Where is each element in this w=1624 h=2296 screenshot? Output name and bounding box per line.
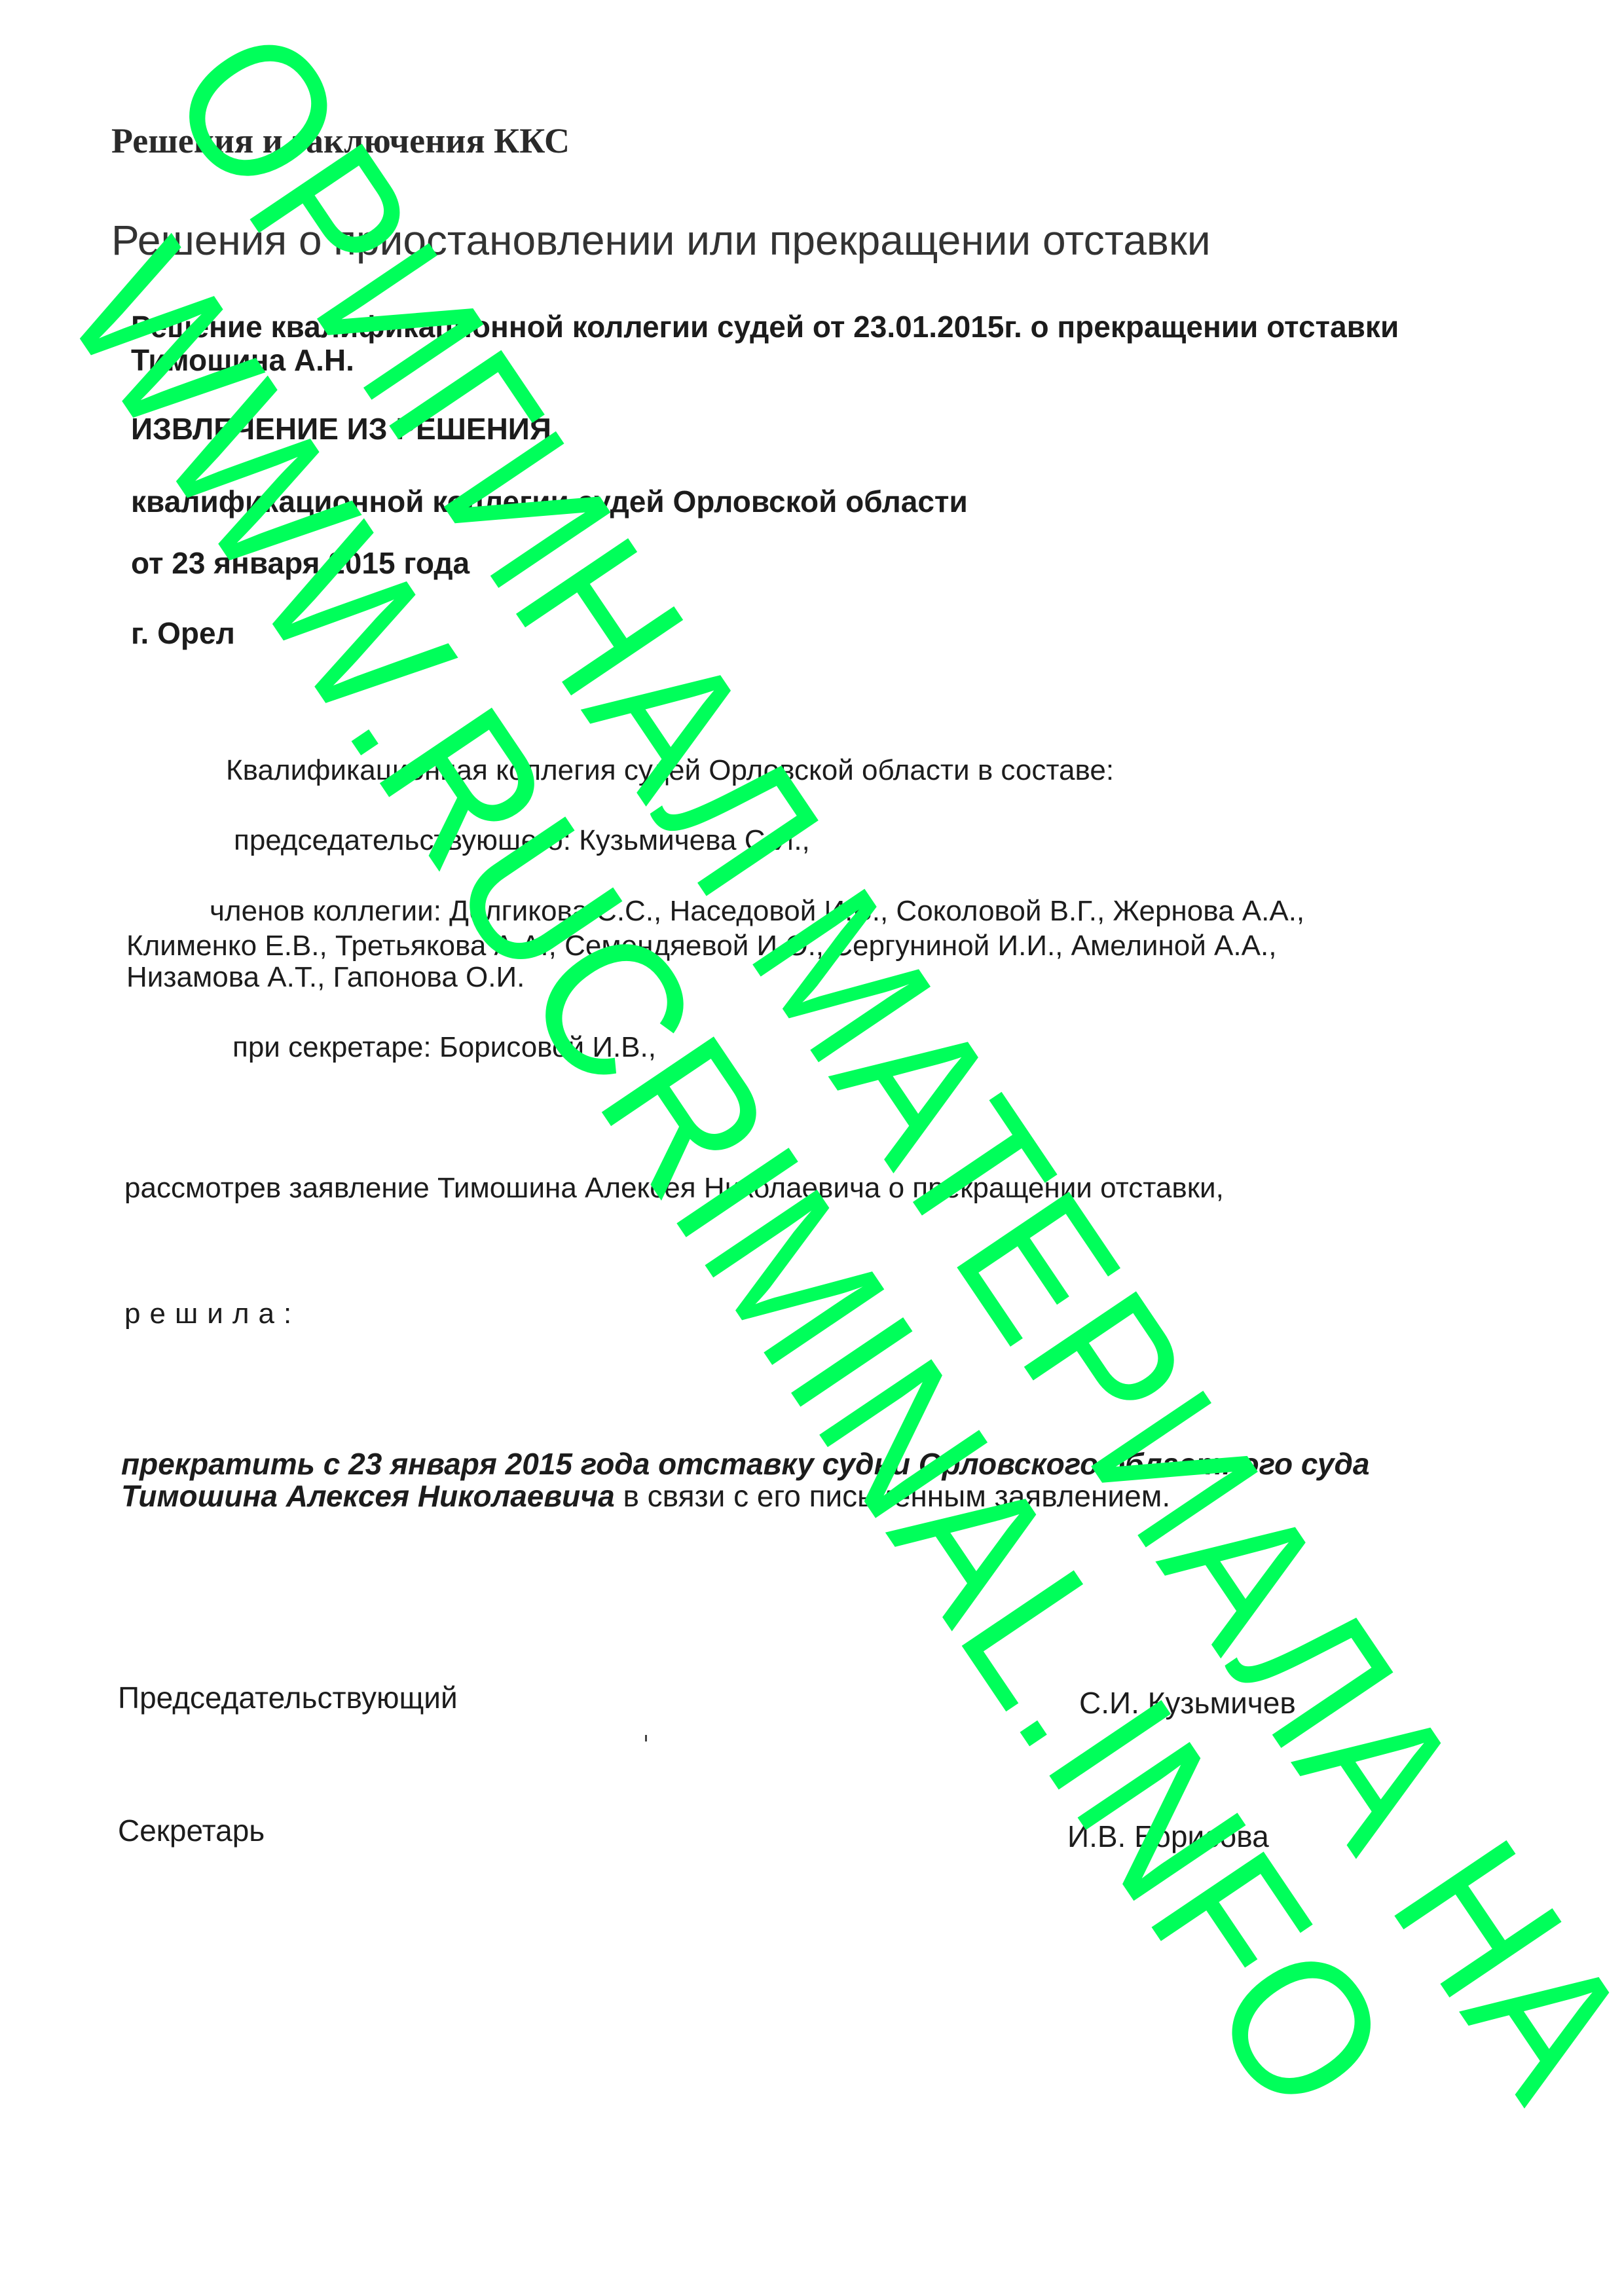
members-line-2: Клименко Е.В., Третьякова А.А., Семендяе… (126, 932, 1276, 960)
ruling-reason: в связи с его письменным заявлением. (615, 1479, 1170, 1513)
secretary-signature-label: Секретарь (118, 1815, 265, 1846)
decision-title-line-1: Решение квалификационной коллегии судей … (131, 312, 1399, 342)
chair-signature-name: С.И. Кузьмичев (1079, 1688, 1296, 1718)
issuer-line: квалификационной коллегии судей Орловско… (131, 486, 968, 517)
extract-heading: ИЗВЛЕЧЕНИЕ ИЗ РЕШЕНИЯ (131, 414, 551, 444)
document-page: Решения и заключения ККС Решения о приос… (0, 0, 1624, 2296)
decision-date: от 23 января 2015 года (131, 548, 470, 578)
considered-line: рассмотрев заявление Тимошина Алексея Ни… (124, 1174, 1224, 1203)
secretary-line: при секретаре: Борисовой И.В., (232, 1033, 656, 1062)
subsection-heading: Решения о приостановлении или прекращени… (111, 219, 1211, 261)
decision-city: г. Орел (131, 618, 235, 648)
decision-title-line-2: Тимошина А.Н. (131, 345, 354, 375)
decided-label: решила: (124, 1300, 301, 1328)
chair-line: председательствующего: Кузьмичева С.И., (234, 826, 810, 855)
composition-intro: Квалификационная коллегия судей Орловско… (226, 756, 1114, 785)
members-line-3: Низамова А.Т., Гапонова О.И. (126, 963, 525, 992)
secretary-signature-name: И.В. Борисова (1067, 1821, 1269, 1851)
ruling-person-name: Тимошина Алексея Николаевича (121, 1479, 615, 1513)
ruling-line-2: Тимошина Алексея Николаевича в связи с е… (121, 1481, 1170, 1511)
members-line-1: членов коллегии: Долгикова С.С., Наседов… (210, 897, 1304, 926)
ruling-line-1: прекратить с 23 января 2015 года отставк… (121, 1449, 1369, 1479)
chair-signature-label: Председательствующий (118, 1683, 458, 1713)
scan-speck (645, 1735, 647, 1741)
section-heading: Решения и заключения ККС (111, 123, 570, 158)
